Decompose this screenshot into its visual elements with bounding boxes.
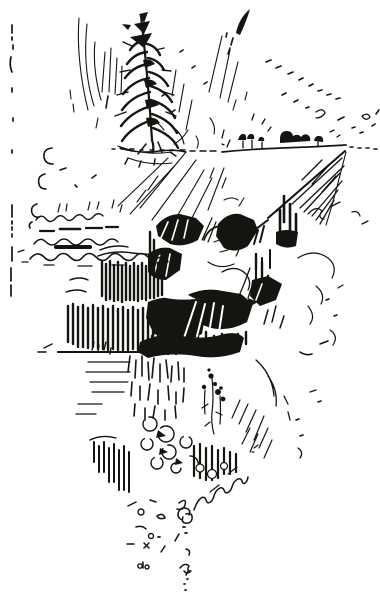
pebble-trail: [127, 500, 192, 590]
rocks-and-waterfall: [38, 214, 284, 354]
cliff-face: [256, 151, 368, 355]
fir-tree: [115, 12, 186, 167]
page: { "image": { "medium": "pen-and-ink book…: [0, 0, 380, 600]
flower-meadow: [76, 333, 321, 492]
sketch-canvas: [0, 0, 380, 600]
sketch-figure: [0, 0, 380, 600]
page-margin-line: [10, 25, 13, 296]
grass-ledges: [18, 148, 168, 266]
